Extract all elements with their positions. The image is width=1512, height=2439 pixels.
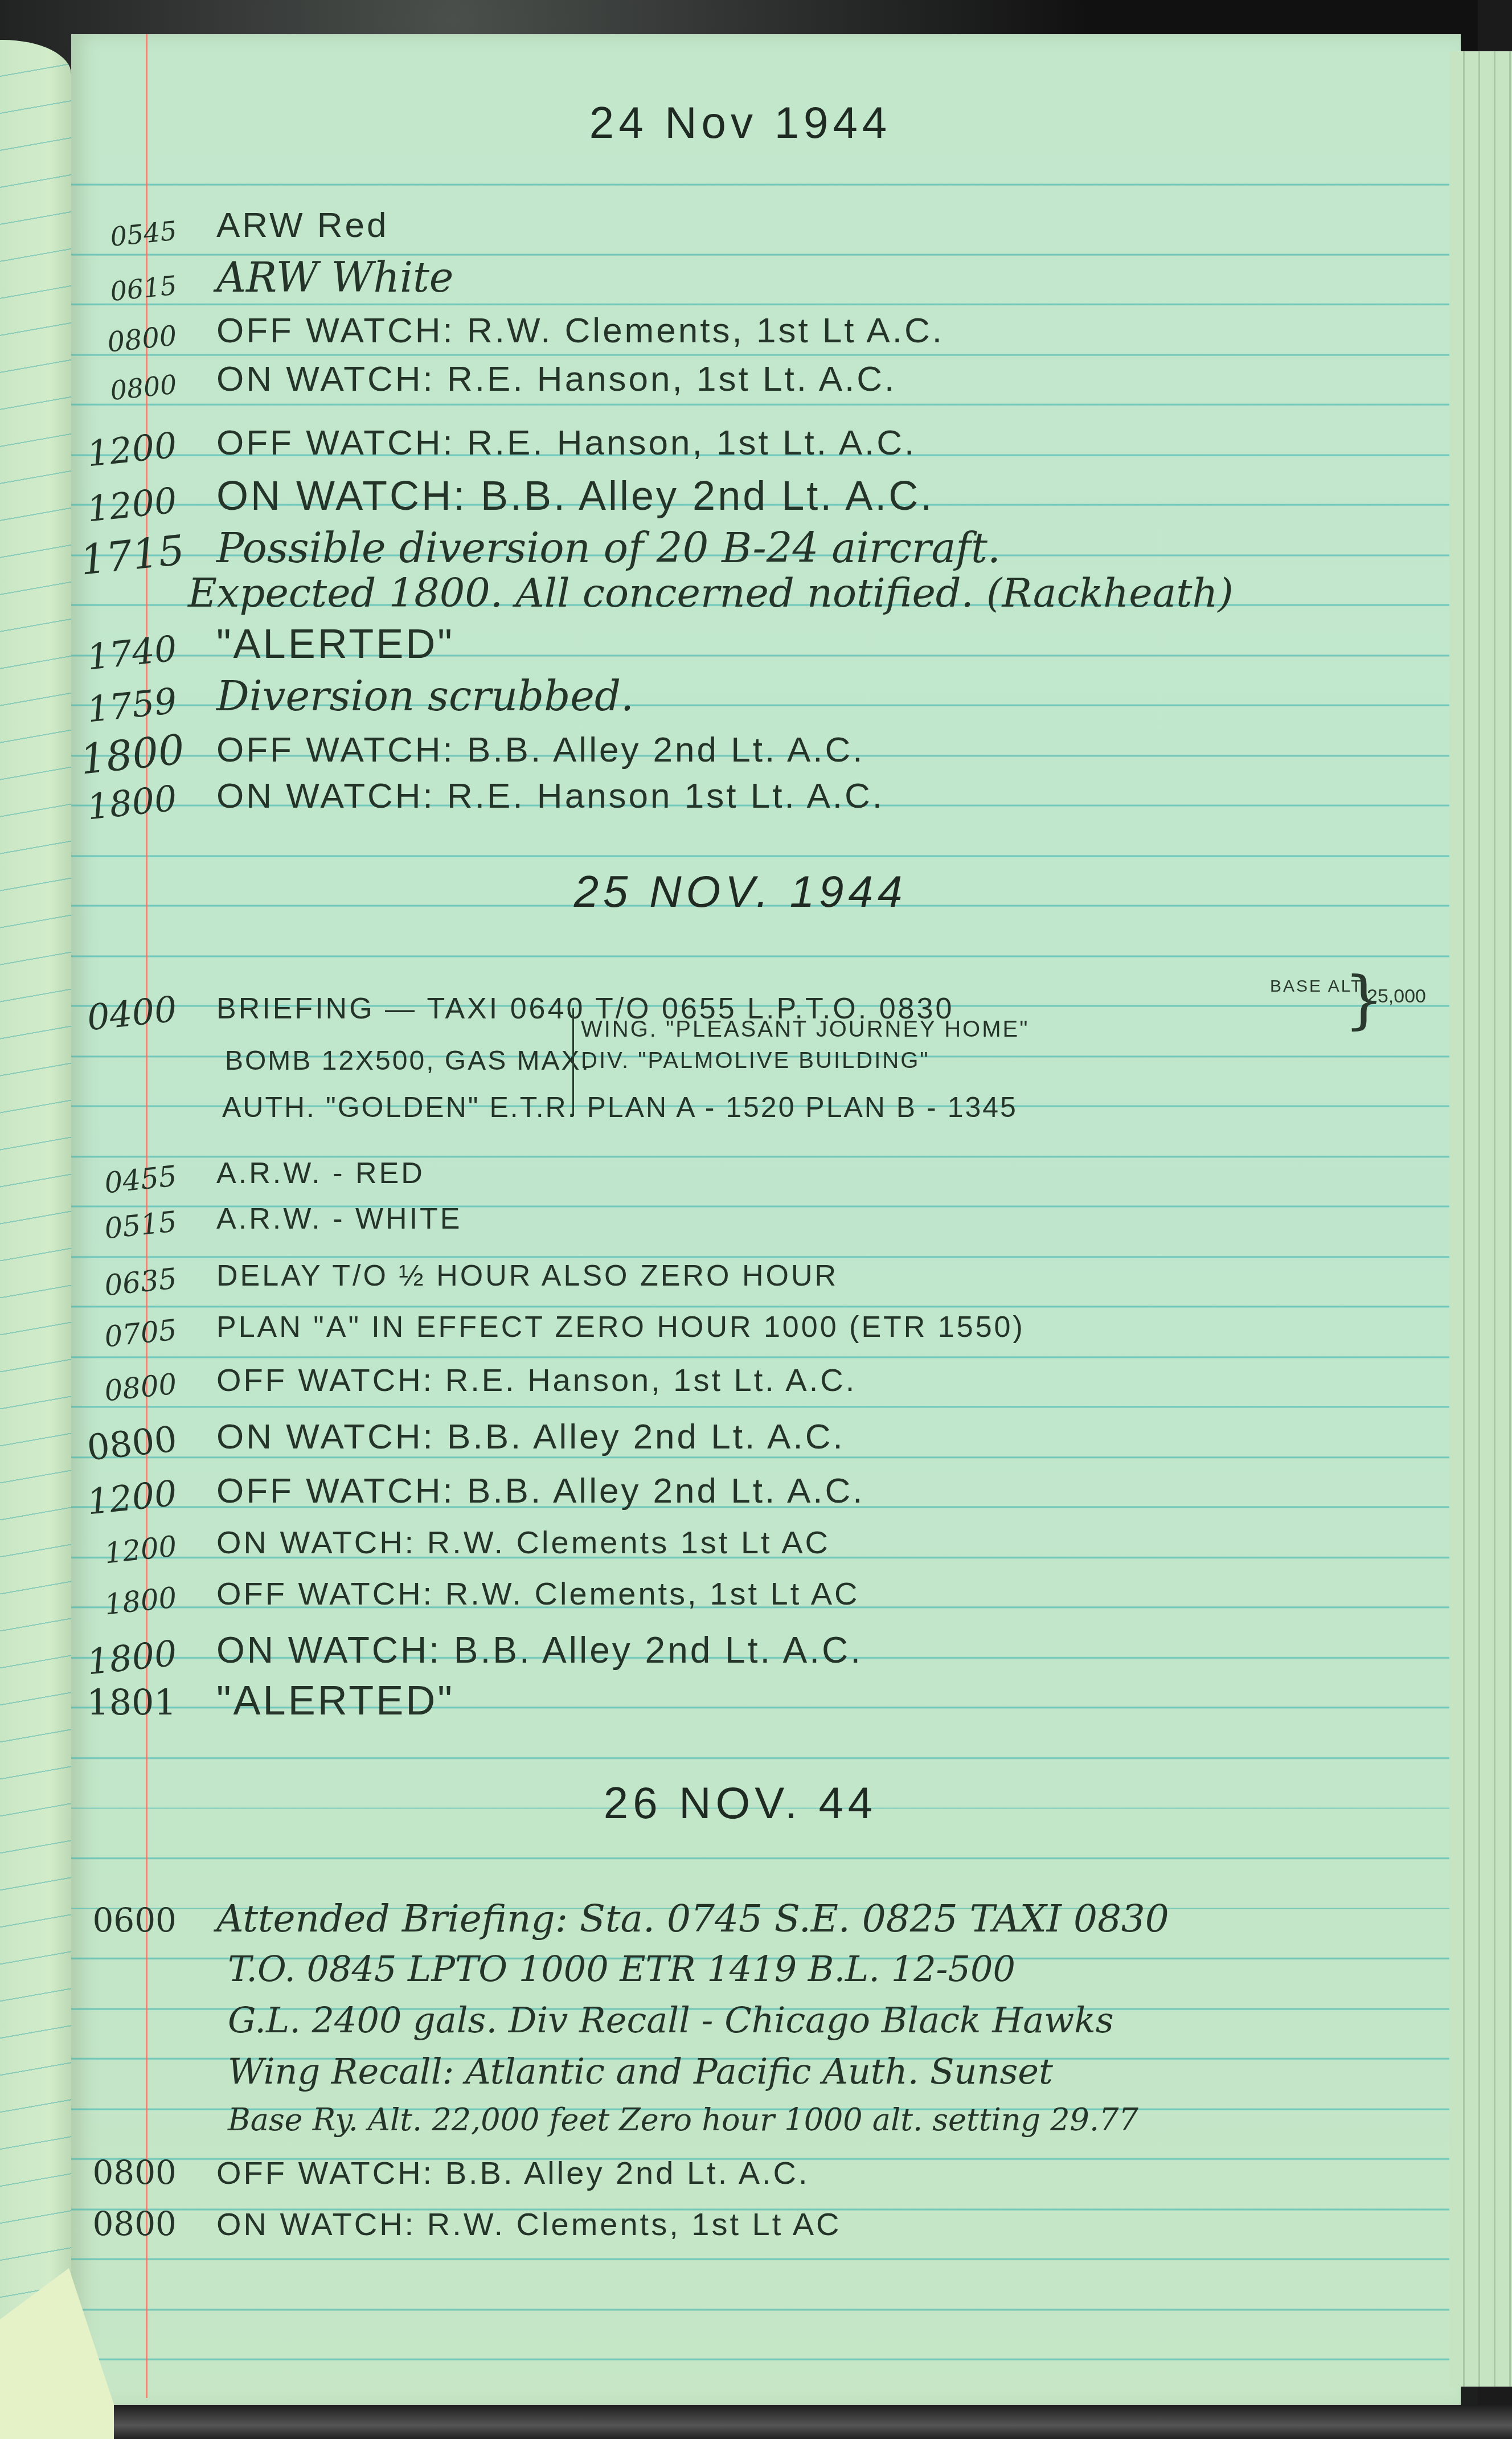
entry-continuation: Expected 1800. All concerned notified. (… [188,570,1234,616]
entry-continuation: T.O. 0845 LPTO 1000 ETR 1419 B.L. 12-500 [228,1948,1015,1990]
log-entry: 1800 ON WATCH: R.E. Hanson 1st Lt. A.C. [80,775,1466,816]
log-entry: 0800 ON WATCH: R.W. Clements, 1st Lt AC [80,2204,1466,2243]
date-heading-26-nov: 26 NOV. 44 [399,1777,1082,1829]
entry-text: OFF WATCH: B.B. Alley 2nd Lt. A.C. [199,2154,810,2191]
entry-text: ON WATCH: R.E. Hanson, 1st Lt. A.C. [199,359,896,399]
entry-continuation: G.L. 2400 gals. Div Recall - Chicago Bla… [228,1999,1114,2041]
entry-text: A.R.W. - RED [199,1156,425,1190]
entry-text: OFF WATCH: B.B. Alley 2nd Lt. A.C. [199,730,865,770]
log-entry: 0800 ON WATCH: R.E. Hanson, 1st Lt. A.C. [80,359,1466,399]
log-entry: 0635 DELAY T/O ½ HOUR ALSO ZERO HOUR [80,1259,1466,1293]
log-entry: 1801 "ALERTED" [80,1677,1466,1724]
log-entry: 0600 Attended Briefing: Sta. 0745 S.E. 0… [80,1897,1466,1941]
log-entry: 0800 ON WATCH: B.B. Alley 2nd Lt. A.C. [80,1415,1466,1457]
left-page-edge [0,40,71,2439]
base-alt-value: 25,000 [1367,985,1426,1008]
log-entry: 1200 OFF WATCH: B.B. Alley 2nd Lt. A.C. [80,1470,1466,1511]
entry-text: ON WATCH: R.W. Clements, 1st Lt AC [199,2205,842,2242]
entry-time: 0600 [80,1901,199,1939]
entry-text: OFF WATCH: R.E. Hanson, 1st Lt. A.C. [199,1361,857,1398]
log-entry: 0705 PLAN "A" IN EFFECT ZERO HOUR 1000 (… [80,1310,1466,1344]
entry-text: ON WATCH: B.B. Alley 2nd Lt. A.C. [199,1629,863,1671]
log-entry: 1800 OFF WATCH: B.B. Alley 2nd Lt. A.C. [80,723,1466,771]
log-entry: 1800 ON WATCH: B.B. Alley 2nd Lt. A.C. [80,1629,1466,1671]
log-entry: 0545 ARW Red [80,205,1466,245]
entry-text: PLAN "A" IN EFFECT ZERO HOUR 1000 (ETR 1… [199,1310,1025,1344]
entry-text: A.R.W. - WHITE [199,1202,462,1236]
wing-recall: WING. "PLEASANT JOURNEY HOME" [581,1017,1029,1042]
entry-text: OFF WATCH: B.B. Alley 2nd Lt. A.C. [199,1471,865,1511]
entry-text: ON WATCH: B.B. Alley 2nd Lt. A.C. [199,1417,845,1457]
entry-text: ON WATCH: B.B. Alley 2nd Lt. A.C. [199,473,934,519]
log-entry: 1200 ON WATCH: R.W. Clements 1st Lt AC [80,1524,1466,1561]
background-bottom [114,2405,1512,2439]
log-entry: 1800 OFF WATCH: R.W. Clements, 1st Lt AC [80,1575,1466,1612]
entry-text: OFF WATCH: R.E. Hanson, 1st Lt. A.C. [199,423,916,463]
entry-continuation: Wing Recall: Atlantic and Pacific Auth. … [228,2051,1053,2092]
entry-time: 1801 [80,1681,199,1723]
log-entry: 1715 Possible diversion of 20 B-24 aircr… [80,524,1466,572]
log-entry: 1740 "ALERTED" [80,621,1466,668]
entry-text: "ALERTED" [199,621,454,668]
entry-continuation: BOMB 12X500, GAS MAX. [225,1045,591,1077]
entry-text: Diversion scrubbed. [199,672,634,720]
log-entry: 0800 OFF WATCH: R.E. Hanson, 1st Lt. A.C… [80,1361,1466,1398]
entry-text: "ALERTED" [199,1677,454,1724]
entry-continuation: Base Ry. Alt. 22,000 feet Zero hour 1000… [228,2102,1138,2138]
log-entry: 0800 OFF WATCH: R.W. Clements, 1st Lt A.… [80,310,1466,351]
entry-text: ARW Red [199,205,389,245]
date-heading-25-nov: 25 NOV. 1944 [399,866,1082,918]
date-heading-24-nov: 24 Nov 1944 [399,97,1082,149]
log-entry: 1200 ON WATCH: B.B. Alley 2nd Lt. A.C. [80,473,1466,519]
log-entry: 0615 ARW White [80,253,1466,301]
log-entry: 0515 A.R.W. - WHITE [80,1202,1466,1236]
div-recall: DIV. "PALMOLIVE BUILDING" [581,1048,929,1074]
entry-text: Possible diversion of 20 B-24 aircraft. [199,524,1001,572]
entry-text: OFF WATCH: R.W. Clements, 1st Lt AC [199,1575,859,1612]
log-entry: 1200 OFF WATCH: R.E. Hanson, 1st Lt. A.C… [80,421,1466,463]
log-entry: 1759 Diversion scrubbed. [80,672,1466,720]
entry-text: ON WATCH: R.E. Hanson 1st Lt. A.C. [199,776,884,816]
entry-text: ARW White [199,253,453,301]
entry-text: OFF WATCH: R.W. Clements, 1st Lt A.C. [199,310,944,351]
log-entry: 0800 OFF WATCH: B.B. Alley 2nd Lt. A.C. [80,2153,1466,2192]
entry-text: Attended Briefing: Sta. 0745 S.E. 0825 T… [199,1897,1169,1941]
entry-continuation: AUTH. "GOLDEN" E.T.R. PLAN A - 1520 PLAN… [222,1091,1018,1124]
entry-text: ON WATCH: R.W. Clements 1st Lt AC [199,1524,830,1561]
entry-time: 0800 [80,2153,199,2192]
entry-text: DELAY T/O ½ HOUR ALSO ZERO HOUR [199,1259,838,1293]
log-entry: 0455 A.R.W. - RED [80,1156,1466,1190]
entry-time: 0800 [80,2204,199,2243]
